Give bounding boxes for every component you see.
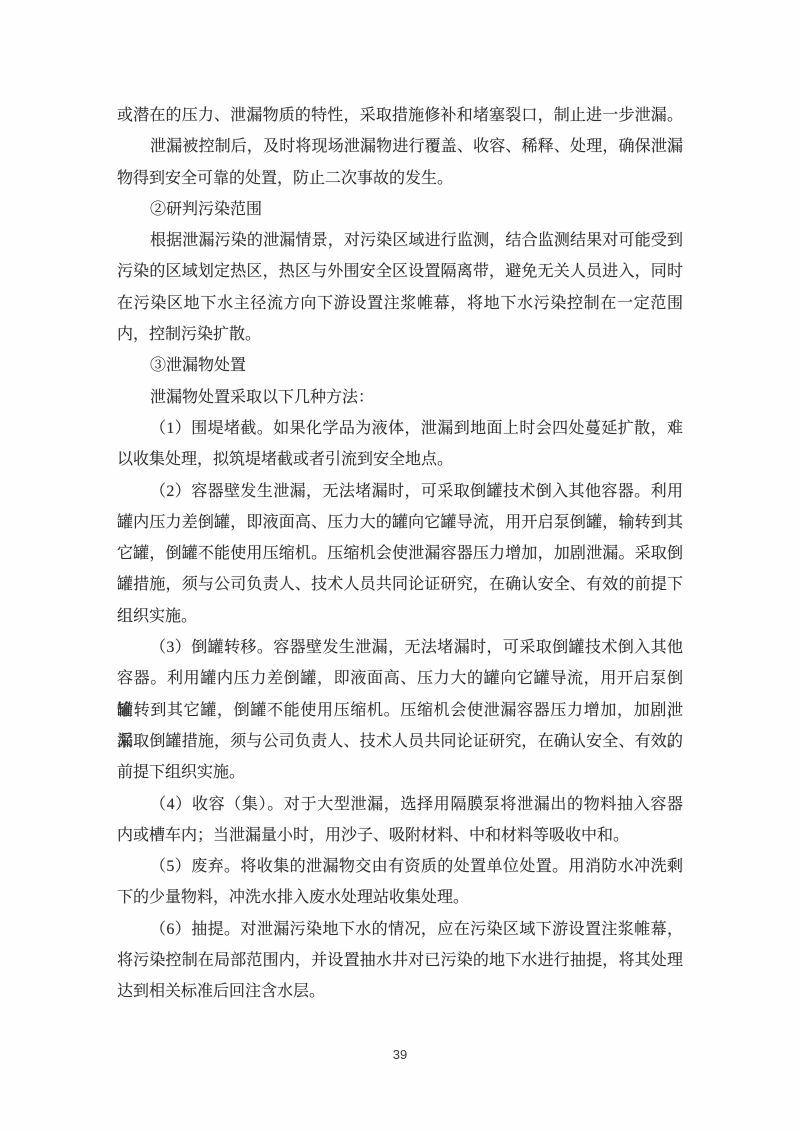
text-line: （3）倒罐转移。容器壁发生泄漏，无法堵漏时，可采取倒罐技术倒入其他 <box>117 632 683 663</box>
body-text: 或潜在的压力、泄漏物质的特性，采取措施修补和堵塞裂口，制止进一步泄漏。泄漏被控制… <box>117 100 683 1008</box>
text-line: 将污染控制在局部范围内，并设置抽水井对已污染的地下水进行抽提，将其处理 <box>117 945 683 976</box>
text-line: 下的少量物料，冲洗水排入废水处理站收集处理。 <box>117 882 683 913</box>
text-line: （5）废弃。将收集的泄漏物交由有资质的处置单位处置。用消防水冲洗剩 <box>117 851 683 882</box>
text-line: 组织实施。 <box>117 601 683 632</box>
text-line: 采取倒罐措施，须与公司负责人、技术人员共同论证研究，在确认安全、有效的 <box>117 726 683 757</box>
text-line: 罐内压力差倒罐，即液面高、压力大的罐向它罐导流，用开启泵倒罐，输转到其 <box>117 507 683 538</box>
text-line: 在污染区地下水主径流方向下游设置注浆帷幕，将地下水污染控制在一定范围 <box>117 288 683 319</box>
text-line: 前提下组织实施。 <box>117 757 683 788</box>
text-line: （1）围堤堵截。如果化学品为液体，泄漏到地面上时会四处蔓延扩散，难 <box>117 413 683 444</box>
page-number: 39 <box>0 1047 800 1062</box>
text-line: 容器。利用罐内压力差倒罐，即液面高、压力大的罐向它罐导流，用开启泵倒罐， <box>117 663 683 694</box>
text-line: 它罐，倒罐不能使用压缩机。压缩机会使泄漏容器压力增加，加剧泄漏。采取倒 <box>117 538 683 569</box>
text-line: 达到相关标准后回注含水层。 <box>117 976 683 1007</box>
text-line: ③泄漏物处置 <box>117 350 683 381</box>
text-line: 罐措施，须与公司负责人、技术人员共同论证研究，在确认安全、有效的前提下 <box>117 569 683 600</box>
text-line: 输转到其它罐，倒罐不能使用压缩机。压缩机会使泄漏容器压力增加，加剧泄漏。 <box>117 695 683 726</box>
text-line: （4）收容（集）。对于大型泄漏，选择用隔膜泵将泄漏出的物料抽入容器 <box>117 789 683 820</box>
text-line: （6）抽提。对泄漏污染地下水的情况，应在污染区域下游设置注浆帷幕， <box>117 914 683 945</box>
text-line: 泄漏被控制后，及时将现场泄漏物进行覆盖、收容、稀释、处理，确保泄漏 <box>117 131 683 162</box>
text-line: 根据泄漏污染的泄漏情景，对污染区域进行监测，结合监测结果对可能受到 <box>117 225 683 256</box>
text-line: （2）容器壁发生泄漏，无法堵漏时，可采取倒罐技术倒入其他容器。利用 <box>117 476 683 507</box>
text-line: 污染的区域划定热区，热区与外围安全区设置隔离带，避免无关人员进入，同时 <box>117 256 683 287</box>
text-line: ②研判污染范围 <box>117 194 683 225</box>
text-line: 内或槽车内；当泄漏量小时，用沙子、吸附材料、中和材料等吸收中和。 <box>117 820 683 851</box>
document-page: 或潜在的压力、泄漏物质的特性，采取措施修补和堵塞裂口，制止进一步泄漏。泄漏被控制… <box>0 0 800 1131</box>
text-line: 内，控制污染扩散。 <box>117 319 683 350</box>
text-line: 或潜在的压力、泄漏物质的特性，采取措施修补和堵塞裂口，制止进一步泄漏。 <box>117 100 683 131</box>
text-line: 物得到安全可靠的处置，防止二次事故的发生。 <box>117 163 683 194</box>
text-line: 以收集处理，拟筑堤堵截或者引流到安全地点。 <box>117 444 683 475</box>
text-line: 泄漏物处置采取以下几种方法： <box>117 382 683 413</box>
